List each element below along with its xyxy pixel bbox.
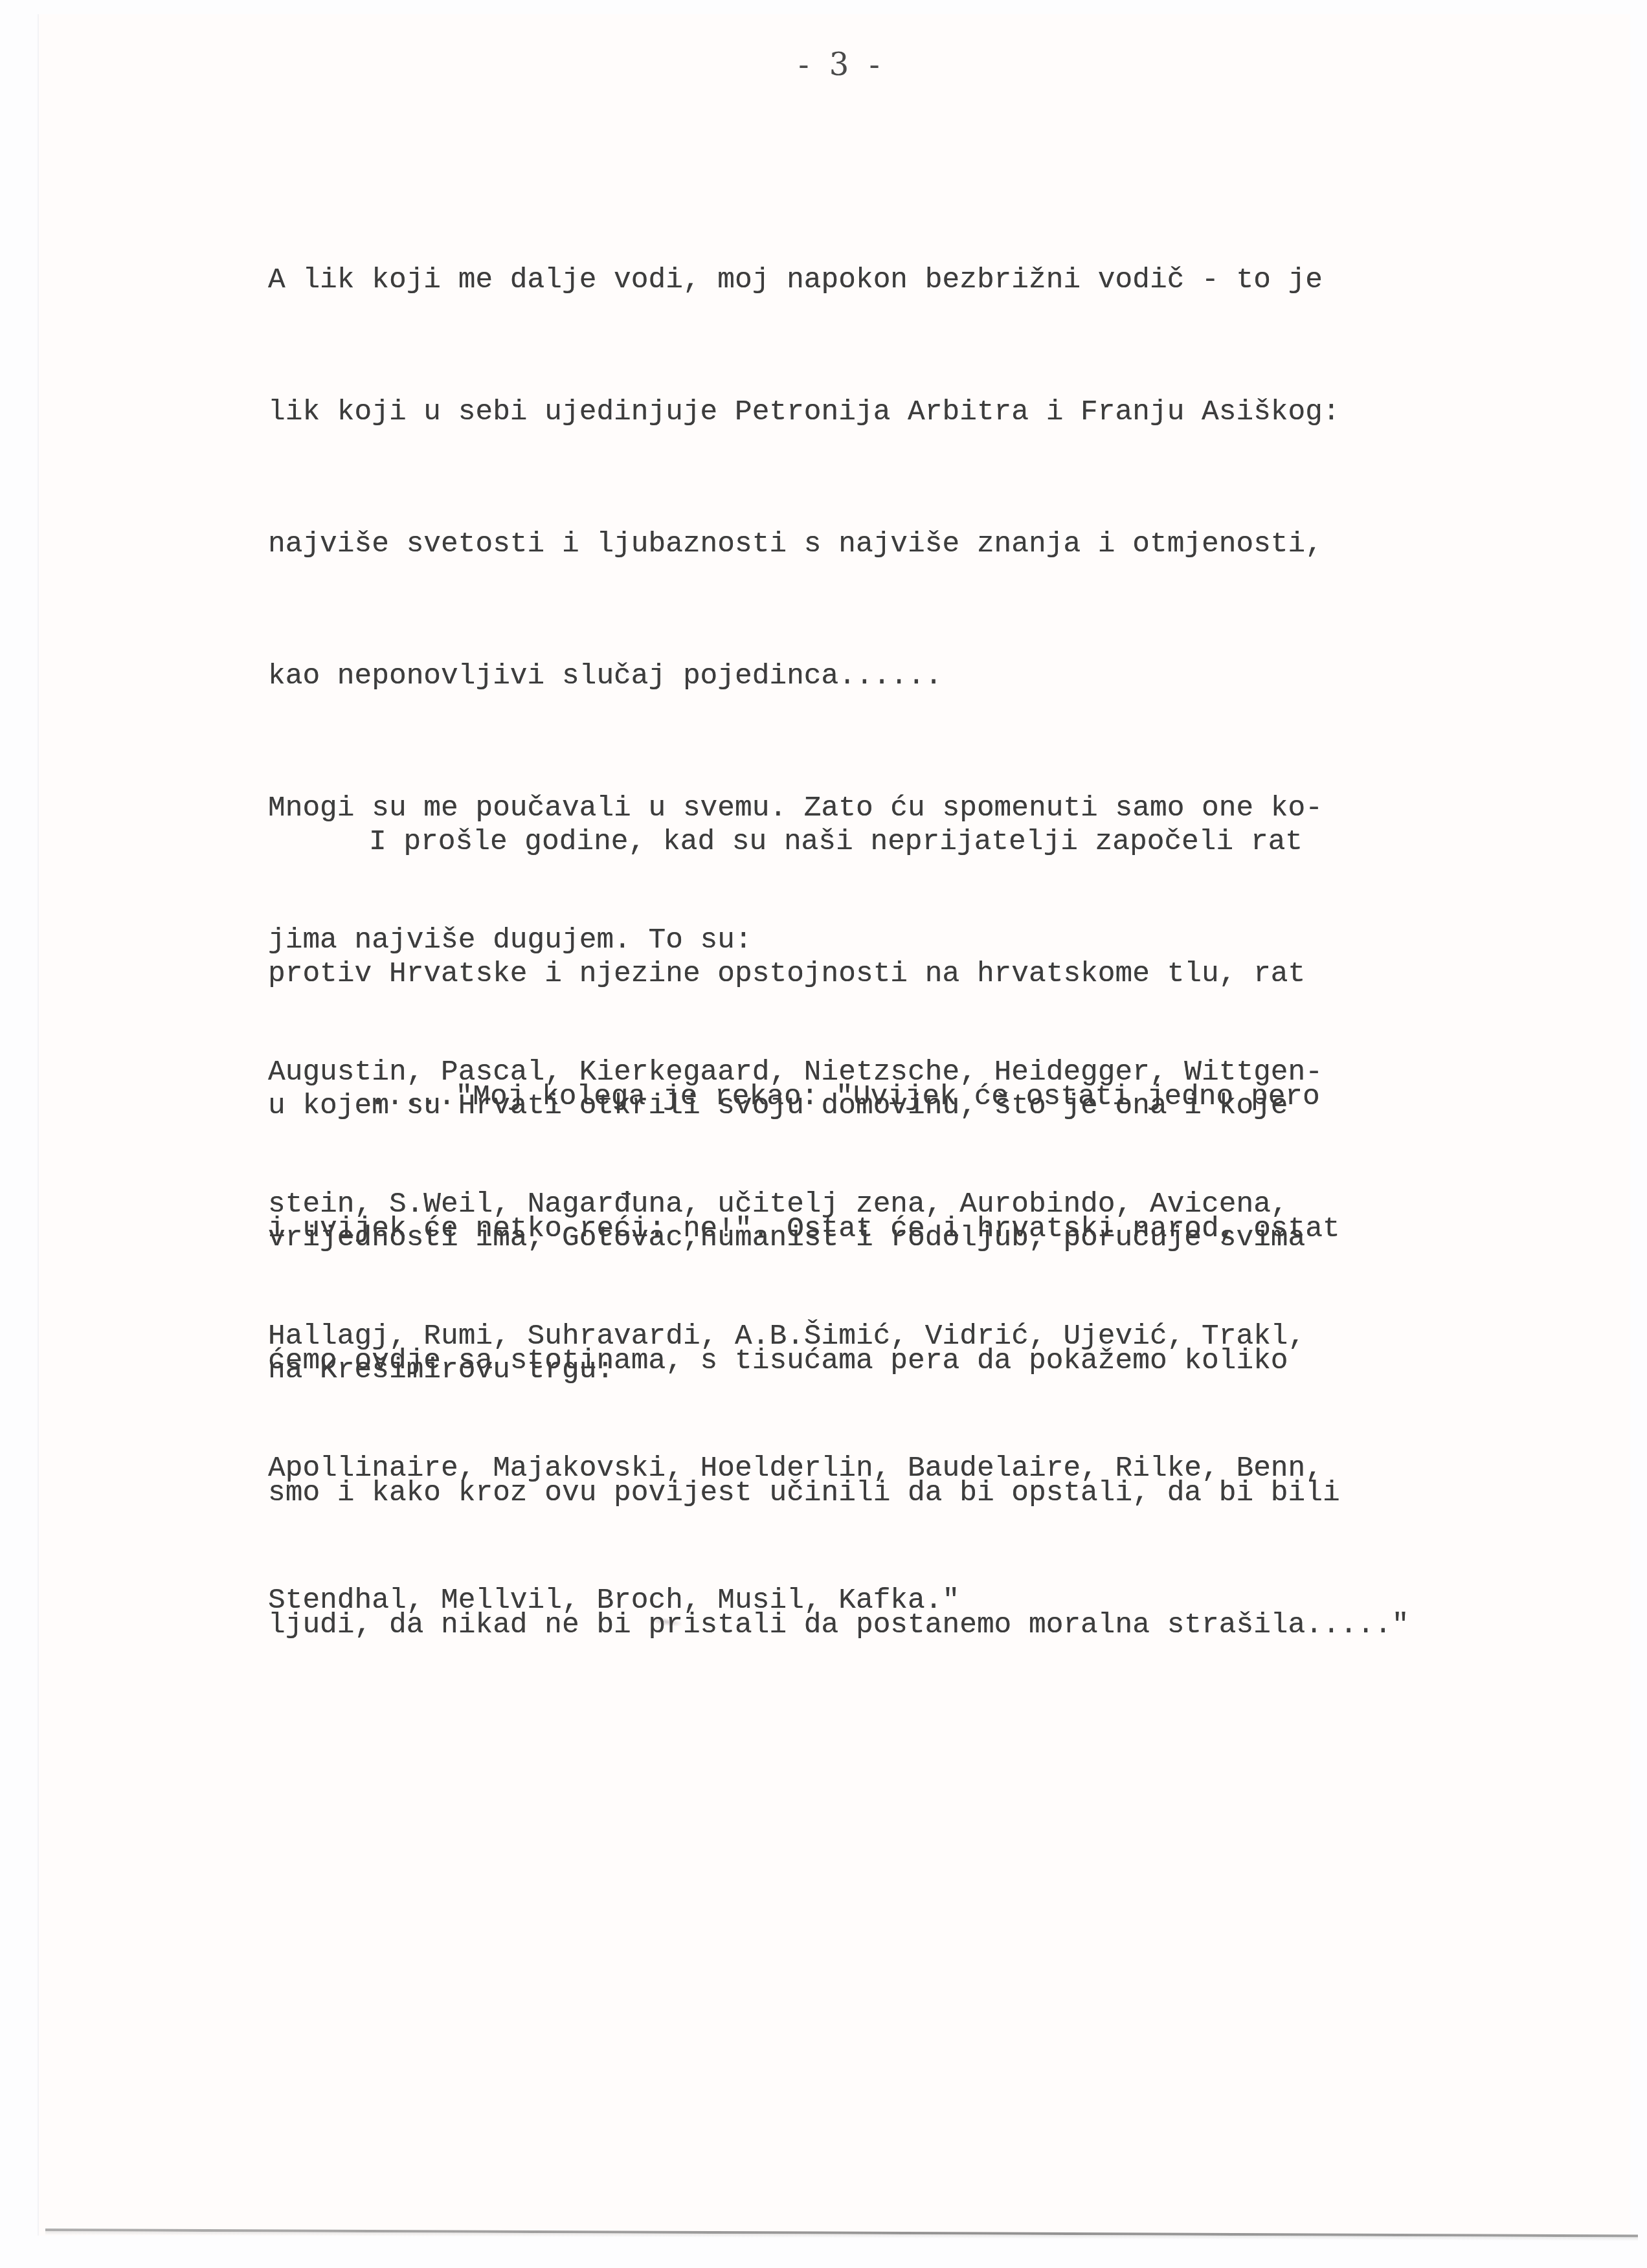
text-line: najviše svetosti i ljubaznosti s najviše… bbox=[268, 522, 1340, 566]
text-line: kao neponovljivi slučaj pojedinca...... bbox=[268, 654, 1340, 698]
text-line: i uvijek će netko reći: ne!". Ostat će i… bbox=[268, 1207, 1409, 1251]
text-line: ćemo ovdje sa stotinama, s tisućama pera… bbox=[268, 1339, 1409, 1383]
text-line: I prošle godine, kad su naši neprijatelj… bbox=[268, 820, 1305, 864]
block-quote-speech: ....."Moj kolega je rekao: "Uvijek će os… bbox=[268, 987, 1409, 1691]
text-line: lik koji u sebi ujedinjuje Petronija Arb… bbox=[268, 390, 1340, 434]
text-line: ljudi, da nikad ne bi pristali da postan… bbox=[268, 1603, 1409, 1647]
page-number: - 3 - bbox=[777, 47, 906, 83]
text-line: A lik koji me dalje vodi, moj napokon be… bbox=[268, 258, 1340, 302]
text-line: smo i kako kroz ovu povijest učinili da … bbox=[268, 1471, 1409, 1515]
text-line: ....."Moj kolega je rekao: "Uvijek će os… bbox=[268, 1075, 1409, 1119]
